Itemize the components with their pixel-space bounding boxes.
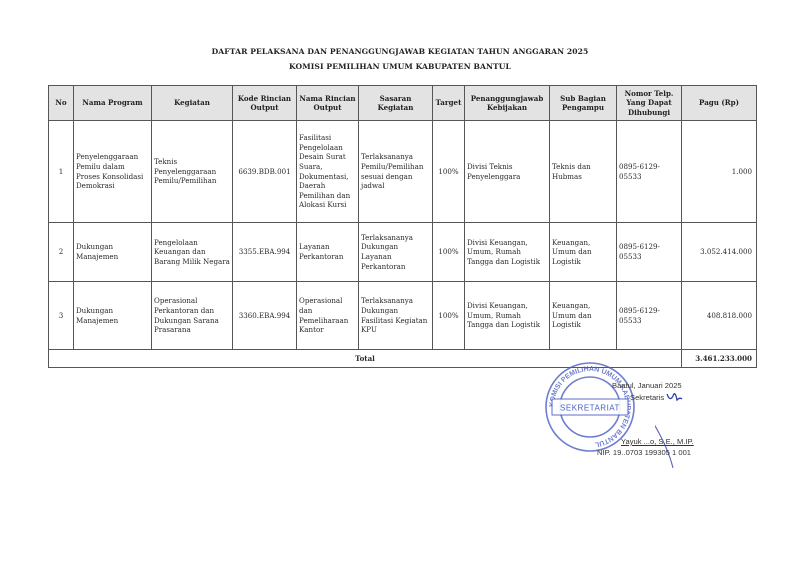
activity-table: No Nama Program Kegiatan Kode Rincian Ou… (48, 85, 757, 368)
document-title: DAFTAR PELAKSANA DAN PENANGGUNGJAWAB KEG… (0, 47, 800, 56)
cell-target: 100% (433, 223, 465, 282)
document-subtitle: KOMISI PEMILIHAN UMUM KABUPATEN BANTUL (0, 62, 800, 71)
total-value: 3.461.233.000 (682, 350, 757, 368)
table-row: 1 Penyelenggaraan Pemilu dalam Proses Ko… (49, 121, 757, 223)
header-rincian: Nama Rincian Output (297, 86, 359, 121)
header-kode: Kode Rincian Output (233, 86, 297, 121)
header-target: Target (433, 86, 465, 121)
cell-target: 100% (433, 282, 465, 350)
cell-target: 100% (433, 121, 465, 223)
cell-program: Penyelenggaraan Pemilu dalam Proses Kons… (74, 121, 152, 223)
cell-program: Dukungan Manajemen (74, 282, 152, 350)
cell-penanggungjawab: Divisi Keuangan, Umum, Rumah Tangga dan … (465, 223, 550, 282)
cell-telp: 0895-6129-05533 (617, 223, 682, 282)
cell-kegiatan: Teknis Penyelenggaraan Pemilu/Pemilihan (152, 121, 233, 223)
header-program: Nama Program (74, 86, 152, 121)
cell-subbagian: Teknis dan Hubmas (550, 121, 617, 223)
header-telp: Nomor Telp. Yang Dapat Dihubungi (617, 86, 682, 121)
header-no: No (49, 86, 74, 121)
cell-pagu: 1.000 (682, 121, 757, 223)
cell-kode: 3355.EBA.994 (233, 223, 297, 282)
header-kegiatan: Kegiatan (152, 86, 233, 121)
cell-no: 2 (49, 223, 74, 282)
cell-program: Dukungan Manajemen (74, 223, 152, 282)
cell-sasaran: Terlaksananya Dukungan Layanan Perkantor… (359, 223, 433, 282)
cell-subbagian: Keuangan, Umum dan Logistik (550, 223, 617, 282)
cell-pagu: 408.818.000 (682, 282, 757, 350)
cell-no: 1 (49, 121, 74, 223)
cell-pagu: 3.052.414.000 (682, 223, 757, 282)
handwritten-signature-icon (655, 388, 715, 468)
cell-penanggungjawab: Divisi Teknis Penyelenggara (465, 121, 550, 223)
cell-rincian: Operasional dan Pemeliharaan Kantor (297, 282, 359, 350)
cell-kode: 6639.BDB.001 (233, 121, 297, 223)
cell-telp: 0895-6129-05533 (617, 121, 682, 223)
cell-subbagian: Keuangan, Umum dan Logistik (550, 282, 617, 350)
cell-kegiatan: Pengelolaan Keuangan dan Barang Milik Ne… (152, 223, 233, 282)
table-header-row: No Nama Program Kegiatan Kode Rincian Ou… (49, 86, 757, 121)
cell-telp: 0895-6129-05533 (617, 282, 682, 350)
header-pagu: Pagu (Rp) (682, 86, 757, 121)
total-row: Total 3.461.233.000 (49, 350, 757, 368)
cell-sasaran: Terlaksananya Dukungan Fasilitasi Kegiat… (359, 282, 433, 350)
cell-penanggungjawab: Divisi Keuangan, Umum, Rumah Tangga dan … (465, 282, 550, 350)
table-row: 2 Dukungan Manajemen Pengelolaan Keuanga… (49, 223, 757, 282)
header-subbagian: Sub Bagian Pengampu (550, 86, 617, 121)
cell-sasaran: Terlaksananya Pemilu/Pemilihan sesuai de… (359, 121, 433, 223)
cell-rincian: Layanan Perkantoran (297, 223, 359, 282)
cell-kegiatan: Operasional Perkantoran dan Dukungan Sar… (152, 282, 233, 350)
cell-rincian: Fasilitasi Pengelolaan Desain Surat Suar… (297, 121, 359, 223)
cell-kode: 3360.EBA.994 (233, 282, 297, 350)
stamp-center-text: SEKRETARIAT (560, 404, 620, 413)
header-sasaran: Sasaran Kegiatan (359, 86, 433, 121)
cell-no: 3 (49, 282, 74, 350)
header-penanggungjawab: Penanggungjawab Kebijakan (465, 86, 550, 121)
table-row: 3 Dukungan Manajemen Operasional Perkant… (49, 282, 757, 350)
